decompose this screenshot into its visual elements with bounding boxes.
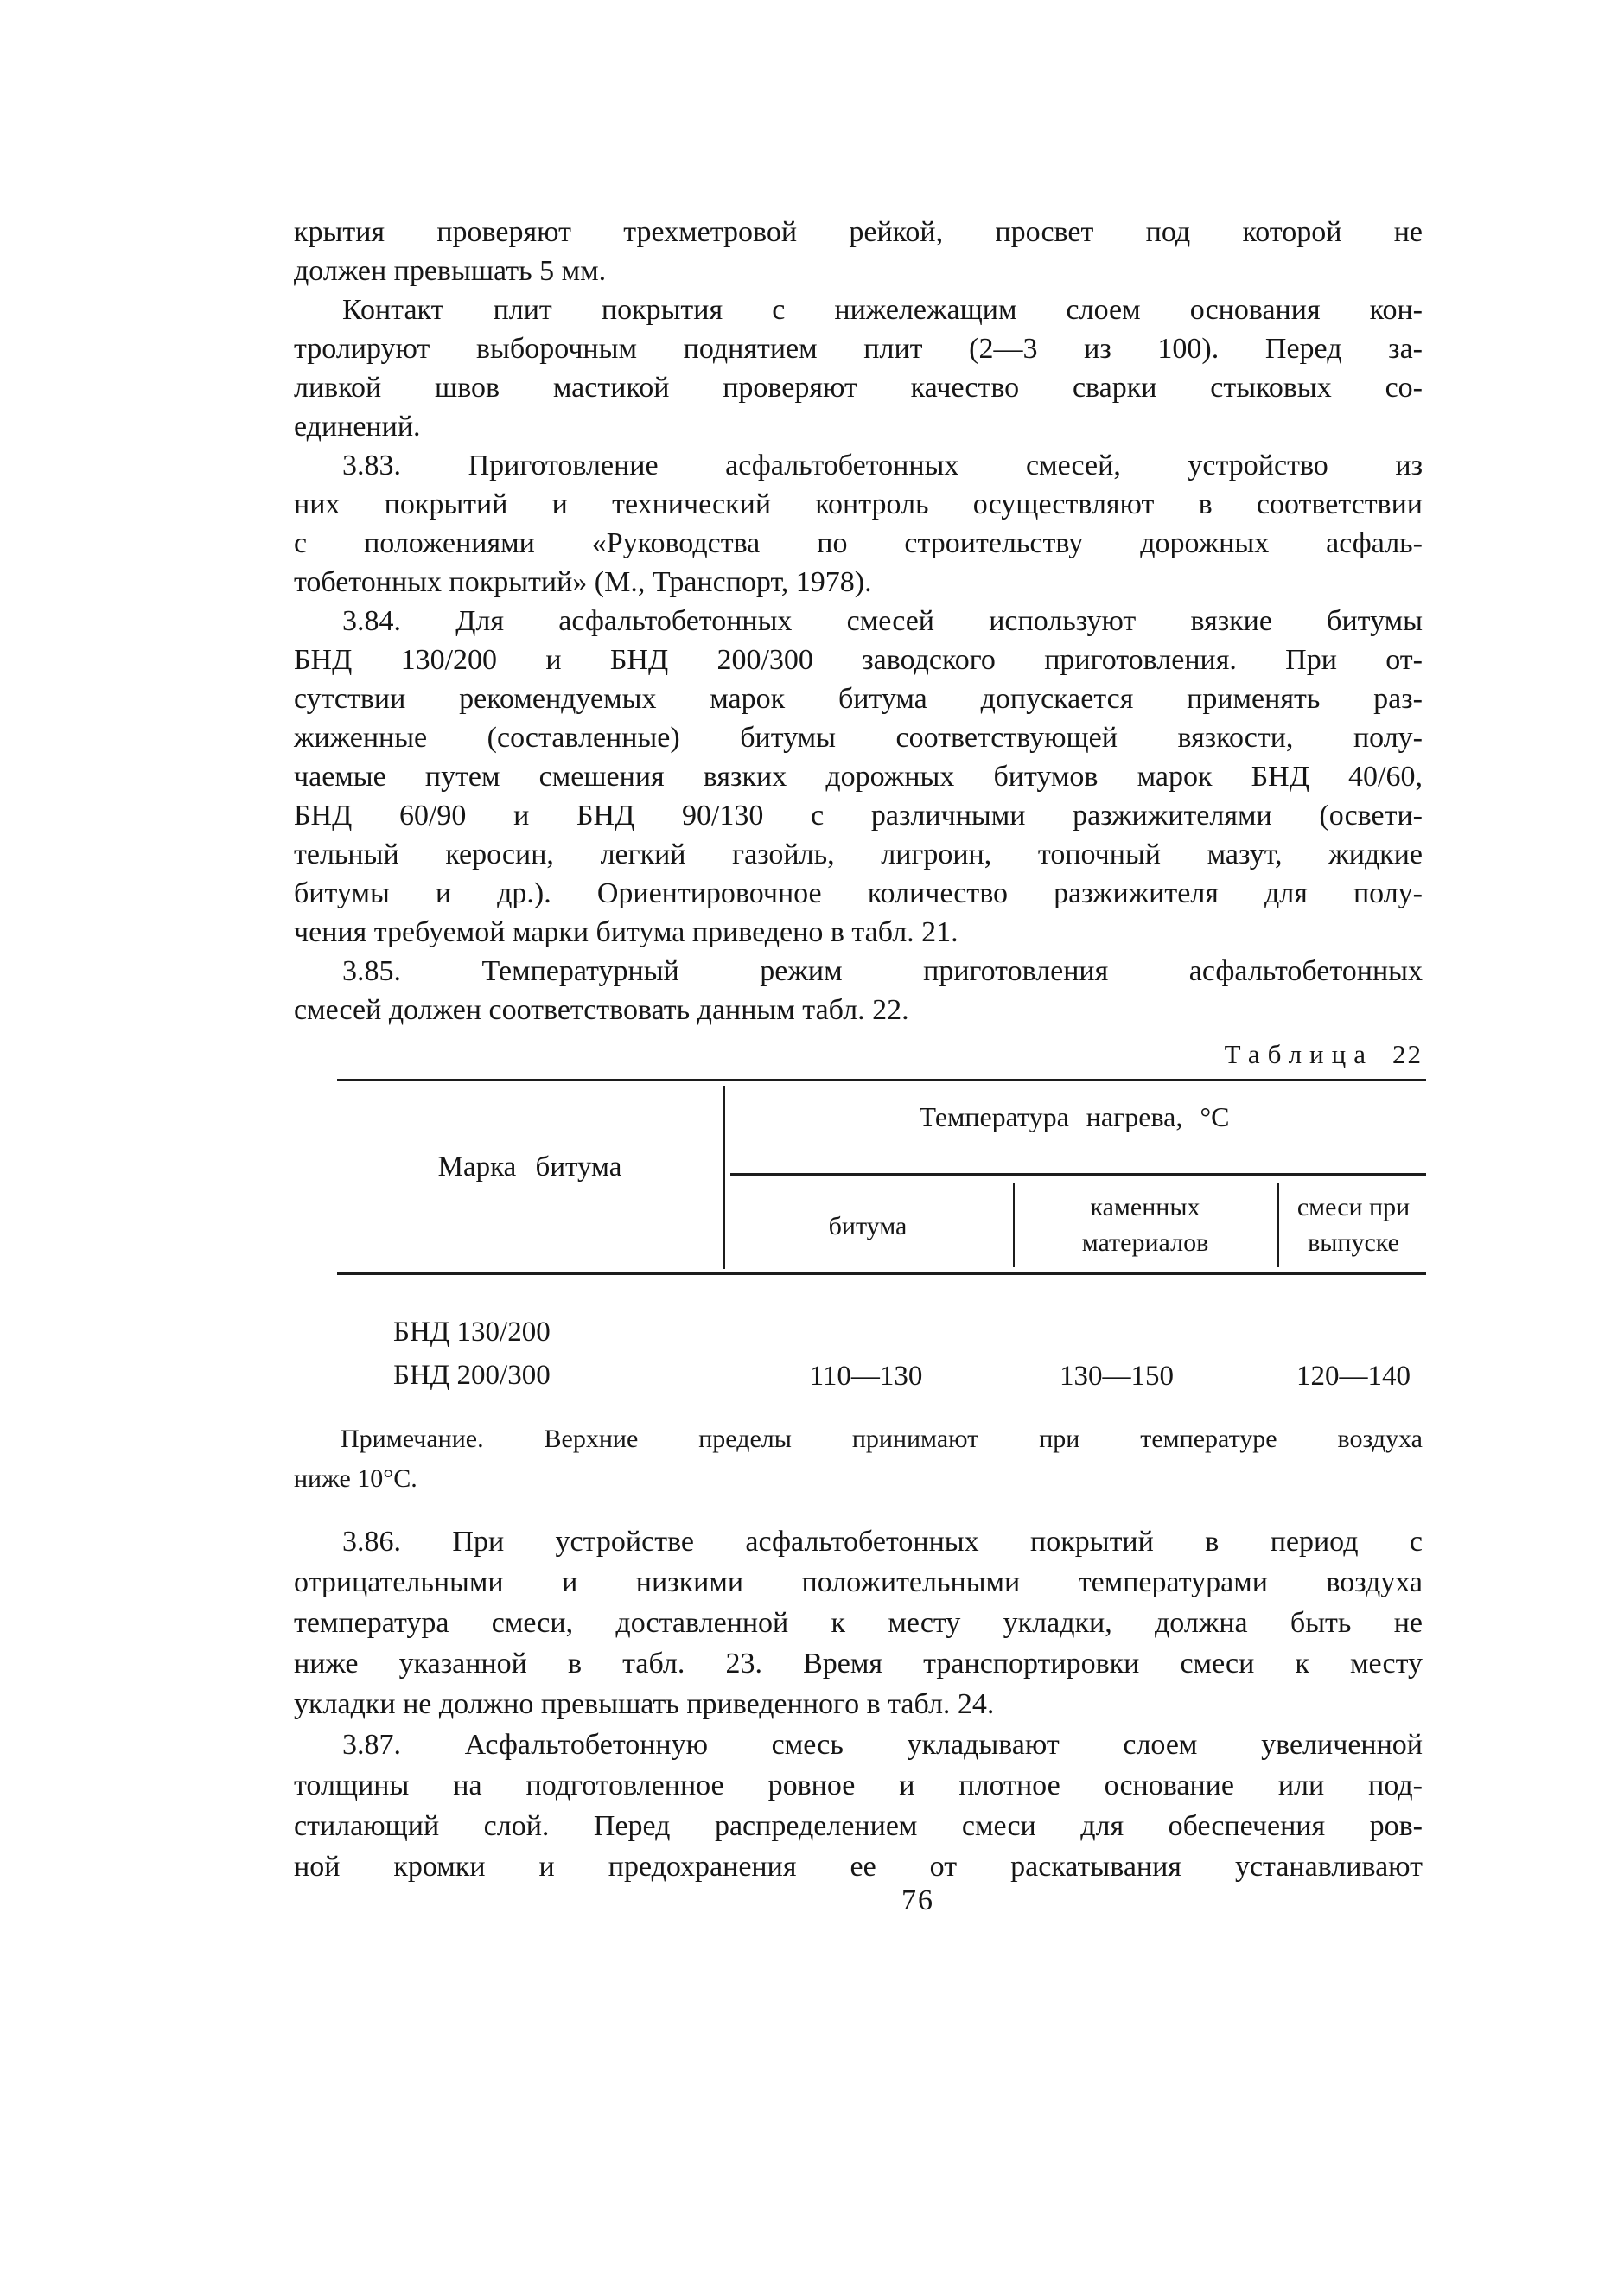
table-note-line1: Примечание. Верхние пределы принимают пр… (294, 1419, 1423, 1459)
table-caption-number: 22 (1392, 1039, 1423, 1069)
table-subheader-bitumen: битума (723, 1208, 1013, 1244)
text-line: отрицательными и низкими положительными … (294, 1562, 1423, 1603)
table-subheader-stone-line2: материалов (1013, 1225, 1277, 1260)
text-line: смесей должен соответствовать данным таб… (294, 991, 1423, 1030)
text-line: крытия проверяют трехметровой рейкой, пр… (294, 213, 1423, 252)
text-line: чаемые путем смешения вязких дорожных би… (294, 757, 1423, 796)
body-text-block-bottom: 3.86. При устройстве асфальтобетонных по… (294, 1521, 1423, 1887)
text-line: ливкой швов мастикой проверяют качество … (294, 368, 1423, 407)
text-line: 3.86. При устройстве асфальтобетонных по… (294, 1521, 1423, 1562)
text-line: битумы и др.). Ориентировочное количеств… (294, 874, 1423, 913)
text-line: жиженные (составленные) битумы соответст… (294, 718, 1423, 757)
table-header-bottom-rule (337, 1272, 1426, 1275)
text-line: БНД 60/90 и БНД 90/130 с различными разж… (294, 796, 1423, 835)
text-line: ной кромки и предохранения ее от раскаты… (294, 1846, 1423, 1887)
text-line: температура смеси, доставленной к месту … (294, 1603, 1423, 1643)
table-top-rule (337, 1079, 1426, 1081)
table-note: Примечание. Верхние пределы принимают пр… (294, 1419, 1423, 1499)
text-line: них покрытий и технический контроль осущ… (294, 485, 1423, 524)
body-text-block-top: крытия проверяют трехметровой рейкой, пр… (294, 213, 1423, 1030)
table-mid-rule (730, 1173, 1426, 1176)
table-row-mark-line1: БНД 130/200 (393, 1315, 551, 1349)
table-header-heating-temperature: Температура нагрева, °С (723, 1101, 1426, 1133)
text-line: БНД 130/200 и БНД 200/300 заводского при… (294, 641, 1423, 679)
text-line: Контакт плит покрытия с нижележащим слое… (294, 290, 1423, 329)
text-line: должен превышать 5 мм. (294, 252, 1423, 290)
text-line: 3.87. Асфальтобетонную смесь укладывают … (294, 1725, 1423, 1765)
text-line: укладки не должно превышать приведенного… (294, 1684, 1423, 1725)
text-line: тролируют выборочным поднятием плит (2—3… (294, 329, 1423, 368)
table-subheader-mix-line2: выпуске (1277, 1225, 1430, 1260)
text-line: тельный керосин, легкий газойль, лигроин… (294, 835, 1423, 874)
table-subheader-stone-line1: каменных (1013, 1189, 1277, 1225)
table-caption: Таблица22 (294, 1037, 1423, 1072)
text-line: стилающий слой. Перед распределением сме… (294, 1806, 1423, 1846)
table-subheader-mix-at-release: смеси при выпуске (1277, 1189, 1430, 1260)
text-line: ниже указанной в табл. 23. Время транспо… (294, 1643, 1423, 1684)
table-caption-word: Таблица (1225, 1039, 1373, 1069)
text-line: толщины на подготовленное ровное и плотн… (294, 1765, 1423, 1806)
table-row-mix-temp: 120—140 (1296, 1361, 1411, 1393)
table-subheader-stone-materials: каменных материалов (1013, 1189, 1277, 1260)
text-line: 3.85. Температурный режим приготовления … (294, 952, 1423, 991)
table-subheader-mix-line1: смеси при (1277, 1189, 1430, 1225)
document-page: крытия проверяют трехметровой рейкой, пр… (0, 0, 1624, 2276)
text-line: 3.84. Для асфальтобетонных смесей исполь… (294, 602, 1423, 641)
table-note-line2: ниже 10°С. (294, 1459, 1423, 1499)
text-line: чения требуемой марки битума приведено в… (294, 913, 1423, 952)
text-line: сутствии рекомендуемых марок битума допу… (294, 679, 1423, 718)
text-line: с положениями «Руководства по строительс… (294, 524, 1423, 563)
table-header-bitumen-mark: Марка битума (337, 1151, 723, 1183)
text-line: единений. (294, 407, 1423, 446)
table-row-stone-temp: 130—150 (1060, 1361, 1174, 1393)
table-row-mark-line2: БНД 200/300 (393, 1358, 551, 1393)
table-row-bitumen-temp: 110—130 (810, 1361, 923, 1393)
text-line: тобетонных покрытий» (М., Транспорт, 197… (294, 563, 1423, 602)
text-line: 3.83. Приготовление асфальтобетонных сме… (294, 446, 1423, 485)
page-number: 76 (901, 1884, 934, 1917)
